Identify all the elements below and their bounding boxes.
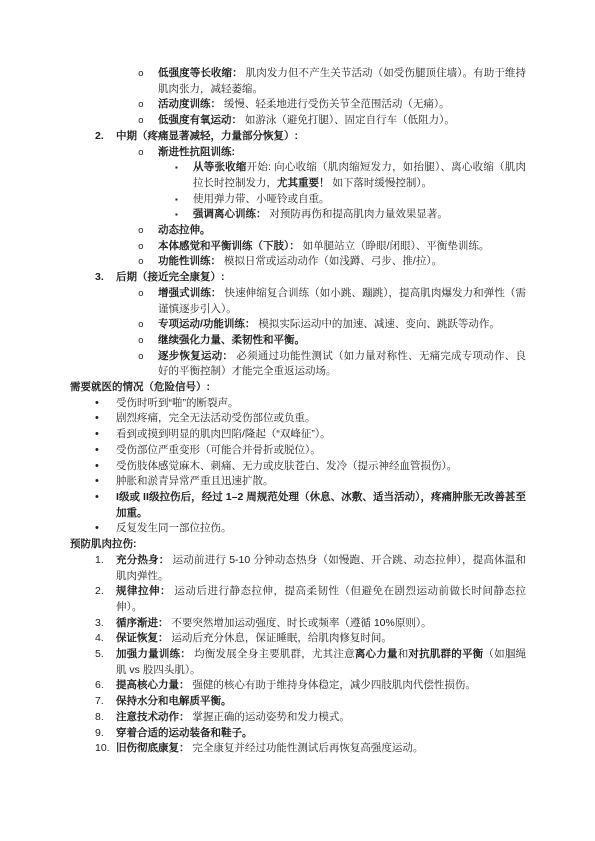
list-marker: o <box>138 317 144 333</box>
list-marker: 3. <box>95 270 104 286</box>
list-marker: 1. <box>95 553 104 569</box>
section-heading: 预防肌肉拉伤: <box>70 537 526 553</box>
text-run: 本体感觉和平衡训练（下肢）： 如单腿站立（睁眼/闭眼）、平衡垫训练。 <box>158 240 489 252</box>
text-segment: 模拟日常或运动动作（如浅蹲、弓步、推/拉）。 <box>221 255 442 267</box>
text-run: 中期（疼痛显著减轻，力量部分恢复）: <box>116 130 298 142</box>
bold-text-segment: 保持水分和电解质平衡。 <box>116 695 232 707</box>
text-segment: 对预防再伤和提高肌肉力量效果显著。 <box>267 208 448 220</box>
text-segment: 掌握正确的运动姿势和发力模式。 <box>190 711 350 723</box>
document-page: o低强度等长收缩： 肌肉发力但不产生关节活动（如受伤腿顶住墙）。有助于维持肌肉张… <box>0 0 595 841</box>
text-run: 注意技术动作： 掌握正确的运动姿势和发力模式。 <box>116 711 350 723</box>
bold-text-segment: 专项运动/功能训练： <box>158 318 255 330</box>
list-marker: 7. <box>95 694 104 710</box>
list-marker: ▪ <box>175 192 178 208</box>
list-marker: o <box>138 113 144 129</box>
document-content: o低强度等长收缩： 肌肉发力但不产生关节活动（如受伤腿顶住墙）。有助于维持肌肉张… <box>70 66 526 757</box>
bold-text-segment: 增强式训练： <box>158 287 222 299</box>
bold-text-segment: 从等张收缩 <box>193 161 247 173</box>
text-run: 充分热身： 运动前进行 5-10 分钟动态热身（如慢跑、开合跳、动态拉伸），提高… <box>116 554 526 582</box>
text-run: 活动度训练： 缓慢、轻柔地进行受伤关节全范围活动（无痛）。 <box>158 98 450 110</box>
bold-text-segment: 离心力量 <box>355 648 398 660</box>
text-run: 旧伤彻底康复： 完全康复并经过功能性测试后再恢复高强度运动。 <box>116 742 423 754</box>
bold-text-segment: 需要就医的情况（危险信号）: <box>70 381 210 393</box>
text-run: 低强度等长收缩： 肌肉发力但不产生关节活动（如受伤腿顶住墙）。有助于维持肌肉张力… <box>158 67 526 95</box>
list-marker: o <box>138 349 144 365</box>
list-marker: o <box>138 145 144 161</box>
bold-text-segment: 保证恢复： <box>116 632 169 644</box>
text-segment: 运动后进行静态拉伸，提高柔韧性（但避免在剧烈运动前做长时间静态拉伸）。 <box>116 585 526 613</box>
bold-text-segment: 充分热身： <box>116 554 169 566</box>
list-item: •剧烈疼痛，完全无法活动受伤部位或负重。 <box>70 411 526 427</box>
text-segment: 使用弹力带、小哑铃或自重。 <box>193 193 330 205</box>
text-run: 增强式训练： 快速伸缩复合训练（如小跳、蹦跳），提高肌肉爆发力和弹性（需谨慎逐步… <box>158 287 526 315</box>
text-run: 保证恢复： 运动后充分休息，保证睡眠，给肌肉修复时间。 <box>116 632 392 644</box>
list-marker: 6. <box>95 678 104 694</box>
text-run: 提高核心力量： 强健的核心有助于维持身体稳定，减少四肢肌肉代偿性损伤。 <box>116 679 476 691</box>
list-item: 10.旧伤彻底康复： 完全康复并经过功能性测试后再恢复高强度运动。 <box>70 741 526 757</box>
text-run: 循序渐进： 不要突然增加运动强度、时长或频率（遵循 10%原则）。 <box>116 617 432 629</box>
text-run: 专项运动/功能训练： 模拟实际运动中的加速、减速、变向、跳跃等动作。 <box>158 318 500 330</box>
list-item: o低强度等长收缩： 肌肉发力但不产生关节活动（如受伤腿顶住墙）。有助于维持肌肉张… <box>70 66 526 97</box>
text-run: 低强度有氧运动： 如游泳（避免打腿）、固定自行车（低阻力）。 <box>158 114 455 126</box>
list-marker: • <box>95 459 99 475</box>
text-segment: 如下落时缓慢控制）。 <box>330 177 433 189</box>
text-segment: 看到或摸到明显的肌肉凹陷/隆起（“双峰征”）。 <box>116 428 331 440</box>
list-marker: o <box>138 223 144 239</box>
text-run: 预防肌肉拉伤: <box>70 538 137 550</box>
list-marker: • <box>95 427 99 443</box>
text-segment: 受伤肢体感觉麻木、刺痛、无力或皮肤苍白、发冷（提示神经血管损伤）。 <box>116 460 457 472</box>
list-marker: • <box>95 521 99 537</box>
list-item: ▪强调离心训练： 对预防再伤和提高肌肉力量效果显著。 <box>70 207 526 223</box>
bold-text-segment: 后期（接近完全康复）: <box>116 271 225 283</box>
list-item: o动态拉伸。 <box>70 223 526 239</box>
list-marker: ▪ <box>175 160 178 176</box>
text-run: 逐步恢复运动： 必须通过功能性测试（如力量对称性、无痛完成专项动作、良好的平衡控… <box>158 350 526 378</box>
text-run: 继续强化力量、柔韧性和平衡。 <box>158 334 305 346</box>
list-marker: 2. <box>95 129 104 145</box>
list-item: 9.穿着合适的运动装备和鞋子。 <box>70 726 526 742</box>
bold-text-segment: 强调离心训练： <box>193 208 267 220</box>
text-segment: 完全康复并经过功能性测试后再恢复高强度运动。 <box>190 742 424 754</box>
text-run: 后期（接近完全康复）: <box>116 271 225 283</box>
list-item: o渐进性抗阻训练: <box>70 145 526 161</box>
text-run: 从等张收缩开始: 向心收缩（肌肉缩短发力，如抬腿）、离心收缩（肌肉拉长时控制发力… <box>193 161 526 189</box>
bold-text-segment: 尤其重要！ <box>277 177 330 189</box>
bold-text-segment: 动态拉伸。 <box>158 224 211 236</box>
list-item: o低强度有氧运动： 如游泳（避免打腿）、固定自行车（低阻力）。 <box>70 113 526 129</box>
list-marker: 5. <box>95 647 104 663</box>
text-run: I级或 II级拉伤后，经过 1–2 周规范处理（休息、冰敷、适当活动），疼痛肿胀… <box>116 491 526 519</box>
text-segment: 运动后充分休息，保证睡眠，给肌肉修复时间。 <box>169 632 392 644</box>
text-segment: 均衡发展全身主要肌群，尤其注意 <box>191 648 355 660</box>
text-run: 功能性训练： 模拟日常或运动动作（如浅蹲、弓步、推/拉）。 <box>158 255 442 267</box>
bold-text-segment: 注意技术动作： <box>116 711 190 723</box>
list-item: o增强式训练： 快速伸缩复合训练（如小跳、蹦跳），提高肌肉爆发力和弹性（需谨慎逐… <box>70 286 526 317</box>
text-segment: 模拟实际运动中的加速、减速、变向、跳跃等动作。 <box>255 318 499 330</box>
text-segment: 如单腿站立（睁眼/闭眼）、平衡垫训练。 <box>300 240 490 252</box>
list-item: ▪从等张收缩开始: 向心收缩（肌肉缩短发力，如抬腿）、离心收缩（肌肉拉长时控制发… <box>70 160 526 191</box>
text-run: 肿胀和淤青异常严重且迅速扩散。 <box>116 475 274 487</box>
bold-text-segment: 低强度有氧运动： <box>158 114 242 126</box>
text-segment: 肿胀和淤青异常严重且迅速扩散。 <box>116 475 274 487</box>
list-item: 3.循序渐进： 不要突然增加运动强度、时长或频率（遵循 10%原则）。 <box>70 616 526 632</box>
text-run: 剧烈疼痛，完全无法活动受伤部位或负重。 <box>116 412 316 424</box>
bold-text-segment: 逐步恢复运动： <box>158 350 233 362</box>
list-item: 6.提高核心力量： 强健的核心有助于维持身体稳定，减少四肢肌肉代偿性损伤。 <box>70 678 526 694</box>
list-item: •反复发生同一部位拉伤。 <box>70 521 526 537</box>
text-segment: 剧烈疼痛，完全无法活动受伤部位或负重。 <box>116 412 316 424</box>
list-marker: o <box>138 333 144 349</box>
text-run: 受伤部位严重变形（可能合并骨折或脱位）。 <box>116 444 321 456</box>
bold-text-segment: 渐进性抗阻训练: <box>158 146 235 158</box>
list-item: 1.充分热身： 运动前进行 5-10 分钟动态热身（如慢跑、开合跳、动态拉伸），… <box>70 553 526 584</box>
bold-text-segment: 预防肌肉拉伤: <box>70 538 137 550</box>
bold-text-segment: 穿着合适的运动装备和鞋子。 <box>116 727 253 739</box>
list-item: •受伤肢体感觉麻木、刺痛、无力或皮肤苍白、发冷（提示神经血管损伤）。 <box>70 459 526 475</box>
list-item: 2.中期（疼痛显著减轻，力量部分恢复）: <box>70 129 526 145</box>
list-marker: 4. <box>95 631 104 647</box>
list-marker: o <box>138 66 144 82</box>
bold-text-segment: 活动度训练： <box>158 98 221 110</box>
list-marker: • <box>95 396 99 412</box>
list-marker: o <box>138 254 144 270</box>
list-item: ▪使用弹力带、小哑铃或自重。 <box>70 192 526 208</box>
text-segment: 缓慢、轻柔地进行受伤关节全范围活动（无痛）。 <box>221 98 450 110</box>
bold-text-segment: 中期（疼痛显著减轻，力量部分恢复）: <box>116 130 298 142</box>
text-run: 受伤肢体感觉麻木、刺痛、无力或皮肤苍白、发冷（提示神经血管损伤）。 <box>116 460 457 472</box>
list-marker: • <box>95 474 99 490</box>
list-item: •受伤部位严重变形（可能合并骨折或脱位）。 <box>70 443 526 459</box>
section-heading: 需要就医的情况（危险信号）: <box>70 380 526 396</box>
list-marker: ▪ <box>175 207 178 223</box>
list-marker: • <box>95 411 99 427</box>
list-marker: 2. <box>95 584 104 600</box>
text-run: 使用弹力带、小哑铃或自重。 <box>193 193 330 205</box>
list-marker: • <box>95 443 99 459</box>
list-item: o继续强化力量、柔韧性和平衡。 <box>70 333 526 349</box>
bold-text-segment: 旧伤彻底康复： <box>116 742 190 754</box>
list-marker: o <box>138 286 144 302</box>
list-item: 8.注意技术动作： 掌握正确的运动姿势和发力模式。 <box>70 710 526 726</box>
text-segment: 和 <box>398 648 409 660</box>
text-run: 加强力量训练： 均衡发展全身主要肌群，尤其注意离心力量和对抗肌群的平衡（如腘绳肌… <box>116 648 526 676</box>
bold-text-segment: 加强力量训练： <box>116 648 191 660</box>
text-segment: 受伤时听到“啪”的断裂声。 <box>116 397 239 409</box>
bold-text-segment: 继续强化力量、柔韧性和平衡。 <box>158 334 305 346</box>
bold-text-segment: 循序渐进： <box>116 617 169 629</box>
list-item: •受伤时听到“啪”的断裂声。 <box>70 396 526 412</box>
list-marker: o <box>138 239 144 255</box>
bold-text-segment: 功能性训练： <box>158 255 221 267</box>
list-marker: 8. <box>95 710 104 726</box>
text-segment: 不要突然增加运动强度、时长或频率（遵循 10%原则）。 <box>169 617 432 629</box>
text-run: 动态拉伸。 <box>158 224 211 236</box>
bold-text-segment: 提高核心力量： <box>116 679 190 691</box>
list-item: o功能性训练： 模拟日常或运动动作（如浅蹲、弓步、推/拉）。 <box>70 254 526 270</box>
list-item: 3.后期（接近完全康复）: <box>70 270 526 286</box>
bold-text-segment: 规律拉伸： <box>116 585 171 597</box>
list-item: o本体感觉和平衡训练（下肢）： 如单腿站立（睁眼/闭眼）、平衡垫训练。 <box>70 239 526 255</box>
text-segment: 强健的核心有助于维持身体稳定，减少四肢肌肉代偿性损伤。 <box>190 679 476 691</box>
list-item: o专项运动/功能训练： 模拟实际运动中的加速、减速、变向、跳跃等动作。 <box>70 317 526 333</box>
text-run: 反复发生同一部位拉伤。 <box>116 522 232 534</box>
text-run: 需要就医的情况（危险信号）: <box>70 381 210 393</box>
text-run: 规律拉伸： 运动后进行静态拉伸，提高柔韧性（但避免在剧烈运动前做长时间静态拉伸）… <box>116 585 526 613</box>
list-item: 7.保持水分和电解质平衡。 <box>70 694 526 710</box>
text-segment: 运动前进行 5-10 分钟动态热身（如慢跑、开合跳、动态拉伸），提高体温和肌肉弹… <box>116 554 526 582</box>
list-marker: • <box>95 490 99 506</box>
text-run: 穿着合适的运动装备和鞋子。 <box>116 727 253 739</box>
list-marker: o <box>138 97 144 113</box>
bold-text-segment: 本体感觉和平衡训练（下肢）： <box>158 240 300 252</box>
list-marker: 3. <box>95 616 104 632</box>
bold-text-segment: 低强度等长收缩： <box>158 67 243 79</box>
text-run: 渐进性抗阻训练: <box>158 146 235 158</box>
list-item: •I级或 II级拉伤后，经过 1–2 周规范处理（休息、冰敷、适当活动），疼痛肿… <box>70 490 526 521</box>
list-item: 5.加强力量训练： 均衡发展全身主要肌群，尤其注意离心力量和对抗肌群的平衡（如腘… <box>70 647 526 678</box>
bold-text-segment: I级或 II级拉伤后，经过 1–2 周规范处理（休息、冰敷、适当活动），疼痛肿胀… <box>116 491 526 519</box>
list-item: 2.规律拉伸： 运动后进行静态拉伸，提高柔韧性（但避免在剧烈运动前做长时间静态拉… <box>70 584 526 615</box>
bold-text-segment: 对抗肌群的平衡 <box>408 648 483 660</box>
list-item: 4.保证恢复： 运动后充分休息，保证睡眠，给肌肉修复时间。 <box>70 631 526 647</box>
list-item: o活动度训练： 缓慢、轻柔地进行受伤关节全范围活动（无痛）。 <box>70 97 526 113</box>
list-marker: 10. <box>95 741 110 757</box>
text-run: 看到或摸到明显的肌肉凹陷/隆起（“双峰征”）。 <box>116 428 331 440</box>
text-segment: 如游泳（避免打腿）、固定自行车（低阻力）。 <box>242 114 455 126</box>
list-item: •看到或摸到明显的肌肉凹陷/隆起（“双峰征”）。 <box>70 427 526 443</box>
text-run: 强调离心训练： 对预防再伤和提高肌肉力量效果显著。 <box>193 208 448 220</box>
list-item: •肿胀和淤青异常严重且迅速扩散。 <box>70 474 526 490</box>
text-run: 保持水分和电解质平衡。 <box>116 695 232 707</box>
text-segment: 反复发生同一部位拉伤。 <box>116 522 232 534</box>
text-run: 受伤时听到“啪”的断裂声。 <box>116 397 239 409</box>
text-segment: 受伤部位严重变形（可能合并骨折或脱位）。 <box>116 444 321 456</box>
list-item: o逐步恢复运动： 必须通过功能性测试（如力量对称性、无痛完成专项动作、良好的平衡… <box>70 349 526 380</box>
list-marker: 9. <box>95 726 104 742</box>
